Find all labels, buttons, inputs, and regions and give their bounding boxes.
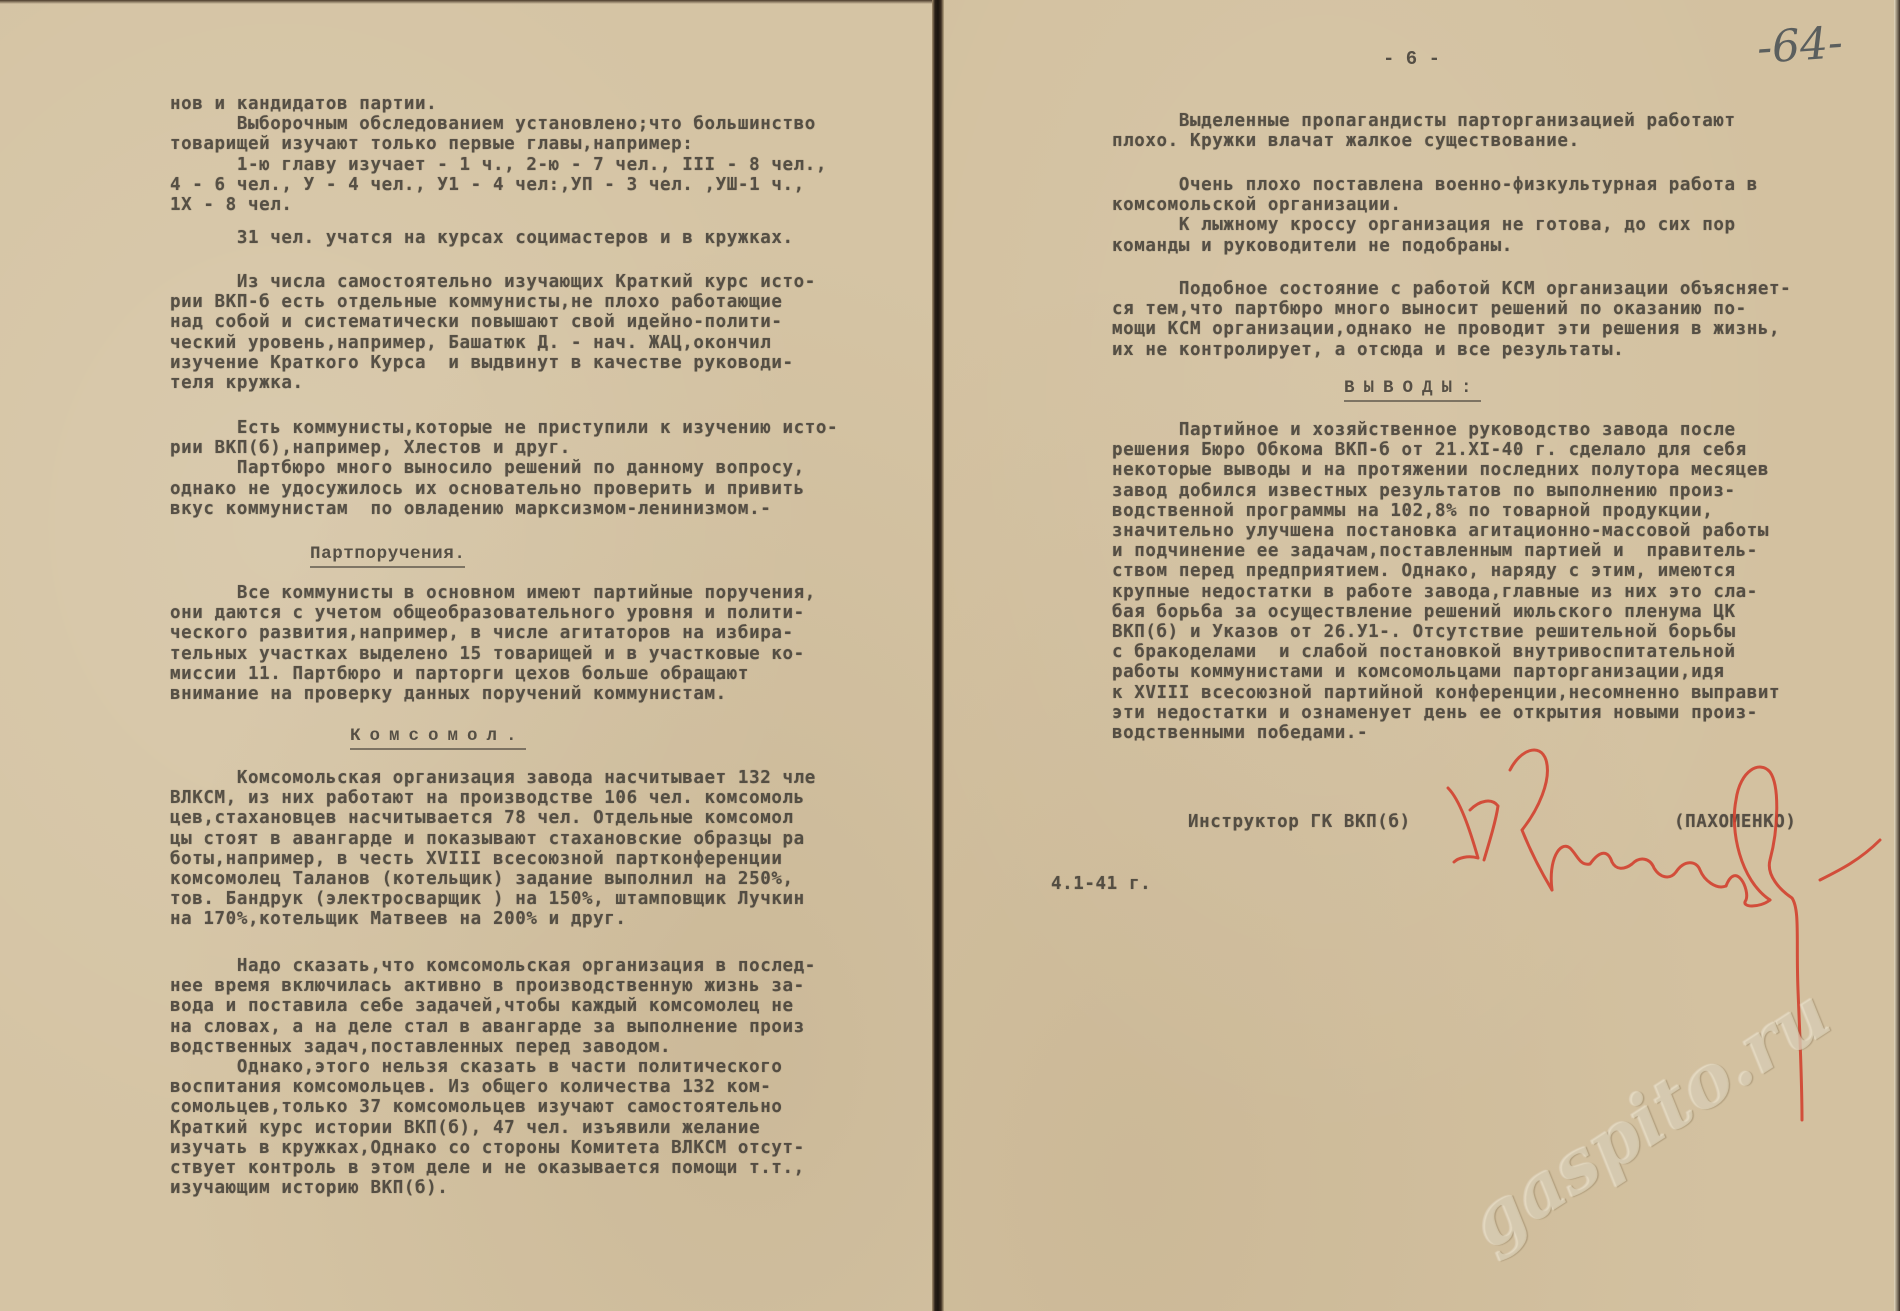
text-block-military-sports: Очень плохо поставлена военно-физкультур… [1112, 175, 1758, 256]
left-page: нов и кандидатов партии. Выборочным обсл… [0, 0, 934, 1311]
text-block-courses: 31 чел. учатся на курсах социмастеров и … [170, 228, 794, 248]
heading-conclusions: ВЫВОДЫ: [1344, 378, 1481, 402]
text-block-study-chapters: нов и кандидатов партии. Выборочным обсл… [170, 94, 827, 215]
heading-party-assignments: Партпоручения. [310, 544, 465, 568]
text-block-ksm-state: Подобное состояние с работой КСМ организ… [1112, 279, 1791, 360]
text-block-not-started: Есть коммунисты,которые не приступили к … [170, 418, 838, 519]
page-top-edge [0, 0, 934, 4]
text-block-party-assignments: Все коммунисты в основном имеют партийны… [170, 583, 816, 704]
text-block-propagandists: Выделенные пропагандисты парторганизацие… [1112, 111, 1736, 151]
folio-number-handwritten: -64- [1755, 17, 1844, 74]
signature-title: Инструктор ГК ВКП(б) [1188, 812, 1411, 832]
text-block-self-study: Из числа самостоятельно изучающих Кратки… [170, 272, 816, 393]
heading-komsomol: Комсомол. [350, 726, 526, 750]
text-block-conclusions: Партийное и хозяйственное руководство за… [1112, 420, 1780, 743]
text-block-komsomol-stats: Комсомольская организация завода насчиты… [170, 768, 816, 930]
document-date: 4.1-41 г. [1051, 874, 1151, 894]
text-block-komsomol-education: Надо сказать,что комсомольская организац… [170, 956, 816, 1198]
page-number: - 6 - [1383, 48, 1440, 70]
book-spine [932, 0, 944, 1311]
